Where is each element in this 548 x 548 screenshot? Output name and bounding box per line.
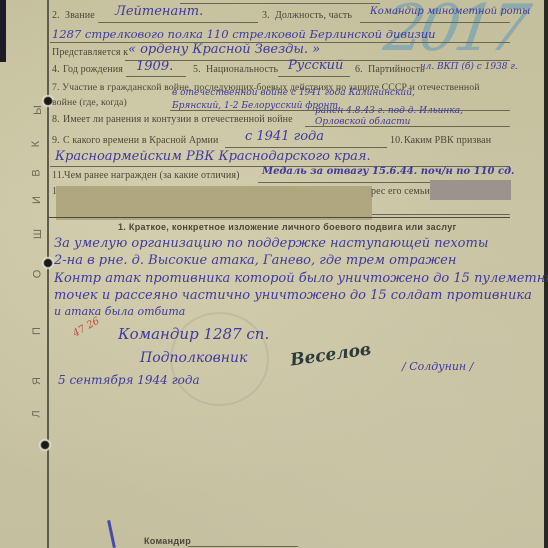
section-heading: 1. Краткое, конкретное изложение личного… — [118, 222, 457, 232]
margin-letter: Ы — [32, 105, 44, 115]
field-rule — [225, 147, 387, 148]
field-party-label: Партийность — [368, 64, 425, 75]
field-presented-label: Представляется к — [52, 47, 128, 58]
punch-hole — [41, 256, 55, 270]
field-wounds-label: Имеет ли ранения и контузии в отечествен… — [63, 114, 293, 125]
award-document-page: Ы К В И Ш О П Я Л 2017 2. Звание Лейтена… — [0, 0, 548, 548]
section-divider — [48, 217, 510, 218]
field-wounds-value: ранен 4.8.43 г. под д. Ильинка, Орловско… — [315, 106, 495, 128]
narrative-line: 2-на в рне. д. Высокие атака, Ганево, гд… — [54, 253, 456, 268]
field-rvk-label: Каким РВК призван — [404, 135, 491, 146]
field-rule — [126, 76, 186, 77]
field-awards-num: 11. — [52, 170, 64, 181]
field-address-label: рес его семьи — [371, 186, 430, 197]
field-position-num: 3. — [262, 10, 270, 21]
field-awards-label: Чем ранее награжден (за какие отличия) — [64, 170, 240, 181]
field-warservice-num: 7. — [52, 82, 60, 93]
margin-letter: В — [31, 169, 43, 176]
margin-letter: К — [30, 141, 42, 147]
field-rank-label: Звание — [65, 10, 95, 21]
field-rank-value: Лейтенант. — [115, 4, 203, 19]
field-nationality-num: 5. — [193, 64, 201, 75]
field-birthyear-label: Год рождения — [63, 64, 123, 75]
field-service-since-num: 9. — [52, 135, 60, 146]
field-rule — [188, 546, 298, 547]
field-rule — [278, 76, 350, 77]
punch-hole — [38, 438, 52, 452]
field-rank-num: 2. — [52, 10, 60, 21]
field-presented-value: « ордену Красной Звезды. » — [128, 42, 320, 57]
narrative-line: За умелую организацию по поддержке насту… — [54, 236, 488, 251]
signer-rank: Подполковник — [140, 350, 247, 366]
signature: Веселов — [289, 339, 372, 370]
field-nationality-value: Русский — [288, 58, 343, 73]
field-rvk-num: 10. — [390, 135, 403, 146]
margin-letter: Ш — [32, 229, 44, 239]
field-awards-value: Медаль за отвагу 15.6.44. поч/н по 110 с… — [262, 166, 515, 177]
margin-letter: Я — [31, 377, 43, 385]
field-unit-value: 1287 стрелкового полка 110 стрелковой Бе… — [52, 27, 436, 41]
field-service-since-value: с 1941 года — [245, 129, 324, 144]
field-party-num: 6. — [355, 64, 363, 75]
margin-letter: Л — [31, 410, 43, 417]
signature-date: 5 сентября 1944 года — [58, 373, 200, 387]
field-birthyear-value: 1909. — [136, 59, 173, 74]
field-position-value: Командир минометной роты — [370, 6, 530, 17]
signer-name: / Солдунин / — [402, 360, 473, 373]
narrative-line: Контр атак противника которой было уничт… — [54, 271, 548, 286]
red-annotation: 47 26 — [71, 316, 101, 340]
field-rvk-value: Красноармейским РВК Краснодарского края. — [55, 149, 371, 164]
field-service-since-label: С какого времени в Красной Армии — [63, 135, 218, 146]
scan-edge-left — [0, 0, 6, 62]
margin-letter: О — [31, 270, 43, 279]
signer-title: Командир 1287 сп. — [118, 325, 269, 343]
narrative-line: точек и рассеяно частично уничтожено до … — [54, 288, 532, 303]
field-rule — [180, 3, 380, 4]
field-rule — [98, 22, 258, 23]
margin-letter: П — [31, 327, 43, 335]
narrative-line: и атака была отбита — [54, 305, 185, 318]
field-party-value: чл. ВКП (б) с 1938 г. — [420, 62, 518, 72]
margin-letter: И — [31, 196, 43, 204]
field-rule — [305, 126, 510, 127]
field-rule — [372, 214, 510, 215]
redaction-block — [430, 180, 511, 200]
bottom-commander-label: Командир — [144, 536, 191, 546]
pen-mark — [107, 520, 116, 548]
margin-rule — [47, 0, 49, 548]
field-birthyear-num: 4. — [52, 64, 60, 75]
field-nationality-label: Национальность — [206, 64, 278, 75]
field-wounds-num: 8. — [52, 114, 60, 125]
redaction-block — [56, 186, 372, 220]
field-position-label: Должность, часть — [275, 10, 352, 21]
field-rule — [360, 22, 510, 23]
